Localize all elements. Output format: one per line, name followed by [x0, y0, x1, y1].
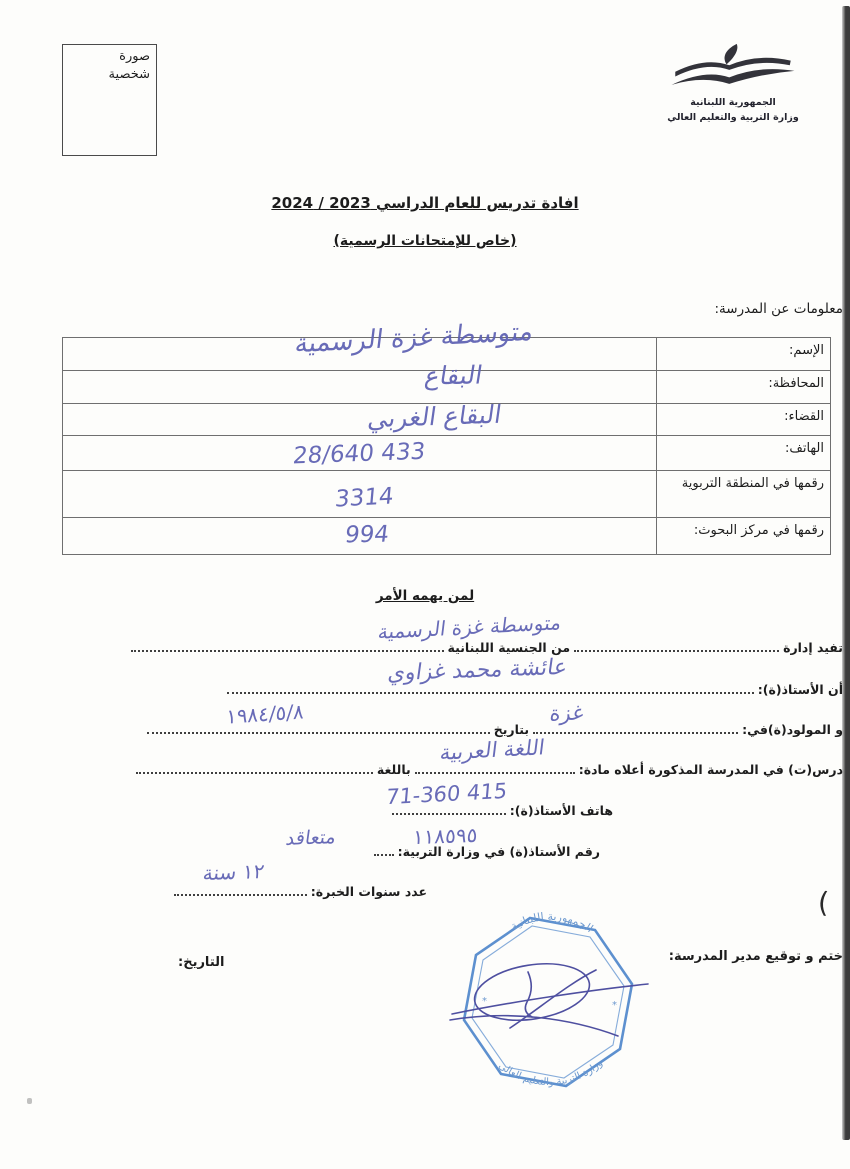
table-row: الهاتف: [63, 436, 830, 471]
line-label: درس(ت) في المدرسة المذكورة أعلاه مادة: [579, 762, 843, 777]
handwritten-research-number: 994 [343, 522, 390, 549]
dotted-blank [574, 637, 779, 652]
table-row: رقمها في المنطقة التربوية [63, 471, 830, 518]
line-label: و المولود(ة)في: [742, 722, 843, 737]
table-row-label: المحافظة: [656, 371, 830, 403]
table-row-label: رقمها في مركز البحوث: [656, 518, 830, 554]
statement-line-teacher-name: أن الأستاذ(ة): [223, 679, 843, 697]
concern-heading: لمن يهمه الأمر [25, 588, 825, 604]
stray-parenthesis-mark: ( [817, 886, 830, 920]
table-row-value-area [63, 371, 656, 403]
stamp-octagon [464, 918, 632, 1086]
photo-placeholder-box: صورة شخصية [62, 44, 157, 156]
table-row-value-area [63, 404, 656, 435]
handwritten-ministry-number: ١١٨٥٩٥ [412, 823, 478, 849]
handwritten-district: البقاع الغربي [366, 400, 503, 434]
statement-line-ministry-number: رقم الأستاذ(ة) في وزارة التربية: [373, 841, 600, 859]
page-title: افادة تدريس للعام الدراسي 2023 / 2024 [25, 194, 825, 212]
table-row-label: الإسم: [656, 338, 830, 370]
line-suffix: باللغة [377, 762, 411, 777]
handwritten-school-phone: 28/640 433 [292, 439, 427, 470]
principal-stamp-label: ختم و توقيع مدير المدرسة: [669, 949, 843, 964]
date-label: التاريخ: [178, 955, 224, 970]
table-row-label: رقمها في المنطقة التربوية [656, 471, 830, 517]
handwritten-experience-years: ١٢ سنة [202, 859, 266, 885]
scanned-document-page: صورة شخصية الجمهورية اللبنانية وزارة الت… [0, 0, 850, 1169]
school-info-heading: معلومات عن المدرسة: [714, 301, 843, 317]
line-label: عدد سنوات الخبرة: [311, 884, 427, 899]
photo-box-label-line1: صورة [69, 48, 150, 66]
line-label: تفيد إدارة [783, 640, 843, 655]
dotted-blank [136, 759, 373, 774]
handwritten-governorate: البقاع [423, 360, 485, 390]
ministry-logo: الجمهورية اللبنانية وزارة التربية والتعل… [642, 42, 824, 125]
line-label: هاتف الأستاذ(ة): [510, 803, 613, 818]
table-row-label: القضاء: [656, 404, 830, 435]
stamp-star-mark: * [482, 996, 487, 1007]
open-book-icon [667, 42, 799, 96]
statement-line-administration: تفيد إدارة من الجنسية اللبنانية [127, 637, 843, 655]
stamp-top-text: الجمهورية اللبنانية [509, 912, 596, 935]
scan-shadow-right-edge [842, 6, 850, 1140]
line-suffix: بتاريخ [494, 722, 529, 737]
logo-text-republic: الجمهورية اللبنانية [642, 96, 824, 111]
handwritten-birthplace: غزة [548, 700, 585, 725]
stamp-top-text-container: الجمهورية اللبنانية [509, 912, 596, 935]
scan-speck [27, 1098, 32, 1104]
dotted-blank [374, 841, 394, 856]
official-stamp-and-signature: الجمهورية اللبنانية وزارة التربية والتعل… [448, 912, 652, 1102]
dotted-blank [147, 719, 490, 734]
signature-ink [450, 956, 648, 1036]
line-label: أن الأستاذ(ة): [758, 682, 843, 697]
table-row-label: الهاتف: [656, 436, 830, 470]
photo-box-label-line2: شخصية [69, 66, 150, 84]
logo-text-ministry: وزارة التربية والتعليم العالي [642, 111, 824, 126]
stamp-bottom-text: وزارة التربية والتعليم العالي [496, 1058, 605, 1088]
handwritten-contract-status: متعاقد [284, 826, 337, 850]
table-row: رقمها في مركز البحوث: [63, 518, 830, 554]
page-subtitle: (خاص للإمتحانات الرسمية) [25, 233, 825, 249]
handwritten-zone-number: 3314 [334, 483, 395, 512]
stamp-bottom-text-container: وزارة التربية والتعليم العالي [496, 1058, 605, 1088]
stamp-star-mark: * [612, 1000, 617, 1011]
line-suffix: من الجنسية اللبنانية [448, 640, 571, 655]
